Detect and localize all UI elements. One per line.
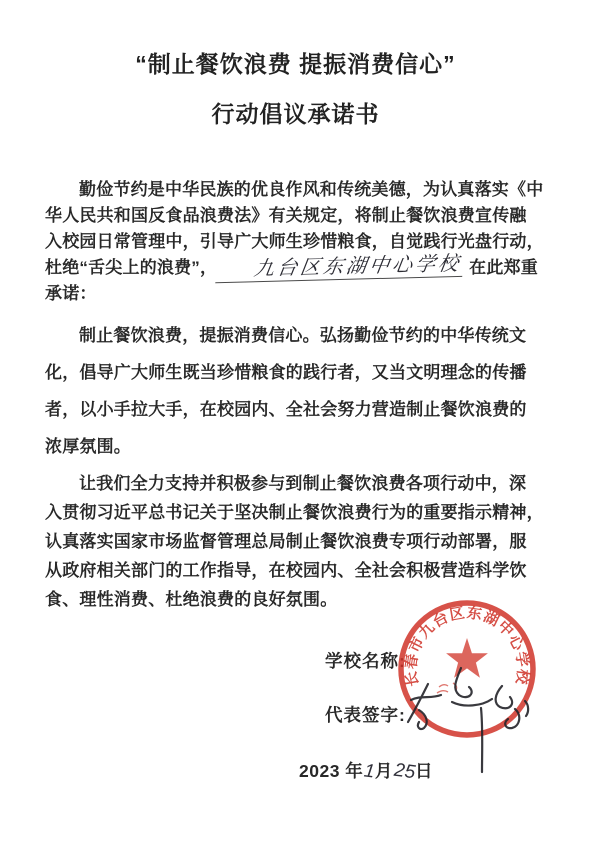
- commitment-letter-page: “制止餐饮浪费 提振消费信心” 行动倡议承诺书 勤俭节约是中华民族的优良作风和传…: [0, 0, 591, 852]
- handwritten-school-name: 九台区东湖中心学校: [215, 253, 466, 284]
- paragraph-intro: 勤俭节约是中华民族的优良作风和传统美德，为认真落实《中 华人民共和国反食品浪费法…: [45, 177, 553, 307]
- representative-signature-handwriting: [398, 658, 548, 780]
- date-month-suffix: 月: [375, 761, 393, 781]
- paragraph-action: 让我们全力支持并积极参与到制止餐饮浪费各项行动中，深 入贯彻习近平总书记关于坚决…: [45, 469, 553, 614]
- document-title-line2: 行动倡议承诺书: [0, 96, 591, 129]
- paragraph-pledge: 制止餐饮浪费，提振消费信心。弘扬勤俭节约的中华传统文 化，倡导广大师生既当珍惜粮…: [45, 317, 553, 465]
- date-year: 2023 年: [299, 761, 363, 781]
- document-title-line1: “制止餐饮浪费 提振消费信心”: [0, 46, 591, 79]
